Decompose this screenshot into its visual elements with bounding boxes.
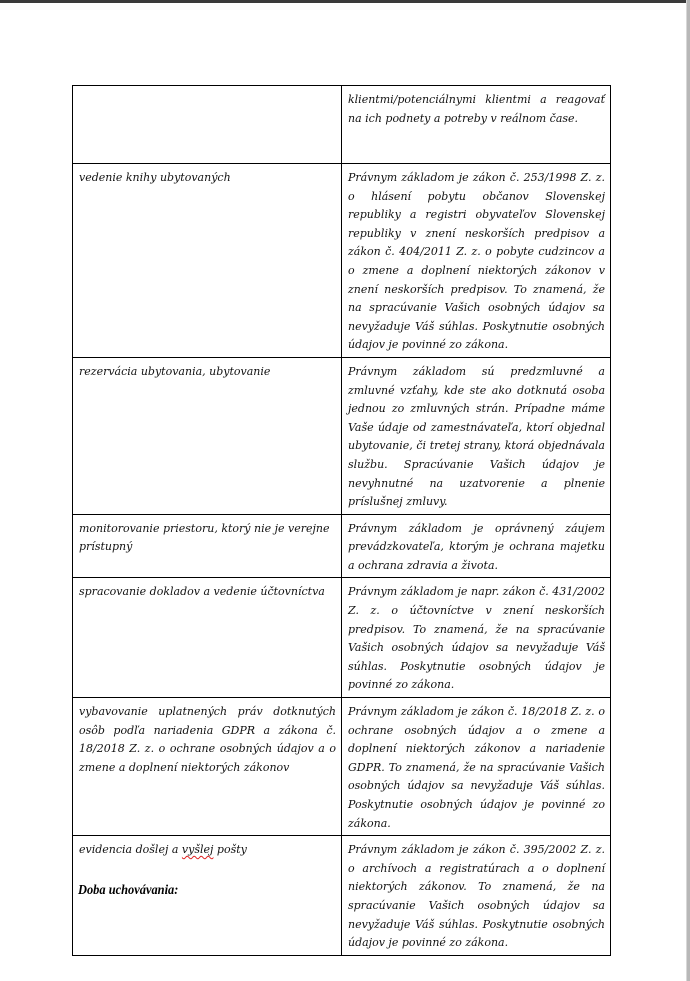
- legal-basis-cell[interactable]: Právnym základom je zákon č. 253/1998 Z.…: [342, 164, 611, 358]
- vertical-scrollbar[interactable]: [686, 0, 690, 981]
- legal-basis-cell[interactable]: Právnym základom je oprávnený záujem pre…: [342, 514, 611, 578]
- purpose-cell[interactable]: [73, 86, 342, 164]
- table-row: vedenie knihy ubytovaných Právnym základ…: [73, 164, 611, 358]
- table-row: monitorovanie priestoru, ktorý nie je ve…: [73, 514, 611, 578]
- purpose-cell[interactable]: spracovanie dokladov a vedenie účtovníct…: [73, 578, 342, 698]
- purpose-text: pošty: [213, 843, 246, 856]
- table-row: klientmi/potenciálnymi klientmi a reagov…: [73, 86, 611, 164]
- legal-basis-cell[interactable]: Právnym základom je zákon č. 395/2002 Z.…: [342, 836, 611, 956]
- table-row: vybavovanie uplatnených práv dotknutých …: [73, 698, 611, 836]
- table-row: spracovanie dokladov a vedenie účtovníct…: [73, 578, 611, 698]
- section-heading-retention-period: Doba uchovávania:: [78, 882, 178, 898]
- purpose-cell[interactable]: monitorovanie priestoru, ktorý nie je ve…: [73, 514, 342, 578]
- legal-basis-cell[interactable]: Právnym základom je zákon č. 18/2018 Z. …: [342, 698, 611, 836]
- legal-basis-cell[interactable]: Právnym základom sú predzmluvné a zmluvn…: [342, 357, 611, 514]
- legal-basis-cell[interactable]: Právnym základom je napr. zákon č. 431/2…: [342, 578, 611, 698]
- purpose-text: evidencia došlej a: [79, 843, 182, 856]
- table-row: rezervácia ubytovania, ubytovanie Právny…: [73, 357, 611, 514]
- document-page[interactable]: klientmi/potenciálnymi klientmi a reagov…: [0, 3, 686, 981]
- purpose-cell[interactable]: rezervácia ubytovania, ubytovanie: [73, 357, 342, 514]
- purpose-cell[interactable]: vybavovanie uplatnených práv dotknutých …: [73, 698, 342, 836]
- legal-basis-table: klientmi/potenciálnymi klientmi a reagov…: [72, 85, 611, 956]
- legal-basis-cell[interactable]: klientmi/potenciálnymi klientmi a reagov…: [342, 86, 611, 164]
- purpose-cell[interactable]: vedenie knihy ubytovaných: [73, 164, 342, 358]
- spellcheck-flagged-word[interactable]: vyšlej: [182, 843, 214, 856]
